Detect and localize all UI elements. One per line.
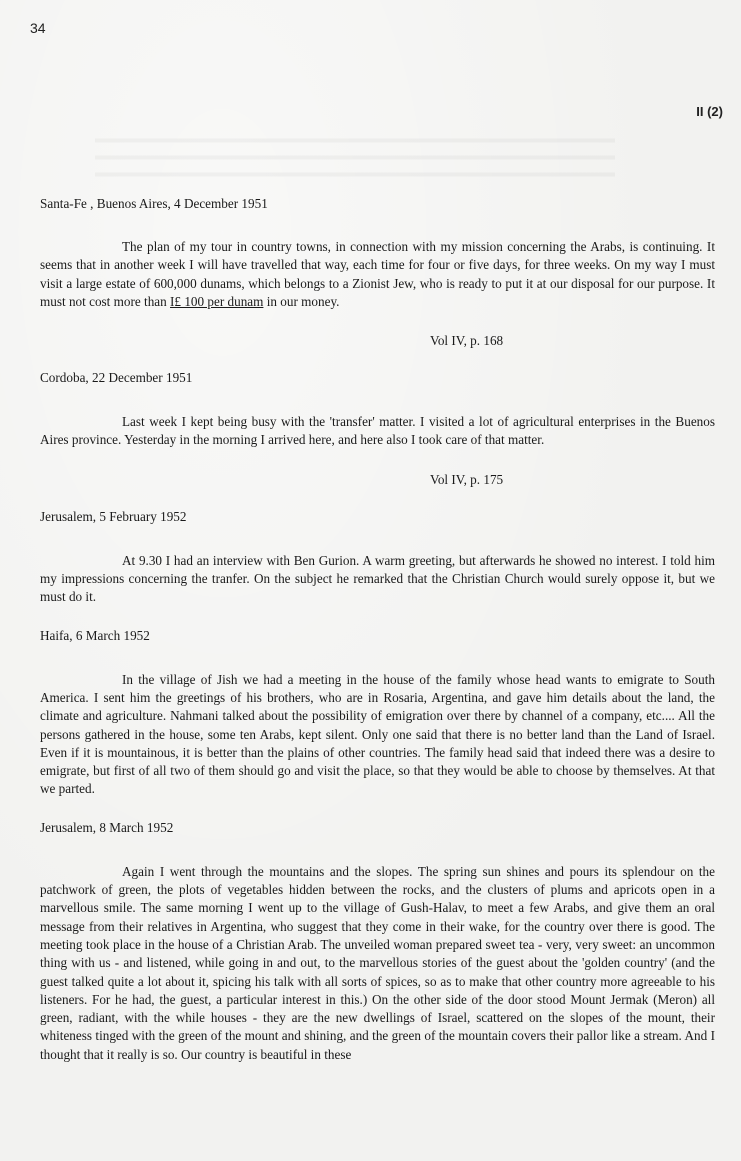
entry-date-line: Haifa, 6 March 1952	[40, 627, 715, 644]
entry-body: Last week I kept being busy with the 'tr…	[40, 413, 715, 450]
entry-date-line: Santa-Fe , Buenos Aires, 4 December 1951	[40, 195, 715, 212]
entry-body: Again I went through the mountains and t…	[40, 863, 715, 1064]
diary-entry: Santa-Fe , Buenos Aires, 4 December 1951…	[40, 195, 715, 349]
diary-entries: Santa-Fe , Buenos Aires, 4 December 1951…	[40, 195, 715, 1064]
diary-entry: Haifa, 6 March 1952 In the village of Ji…	[40, 627, 715, 799]
volume-reference: Vol IV, p. 175	[40, 472, 715, 488]
diary-entry: Jerusalem, 8 March 1952 Again I went thr…	[40, 819, 715, 1064]
entry-date-line: Jerusalem, 8 March 1952	[40, 819, 715, 836]
document-page: 34 II (2) Santa-Fe , Buenos Aires, 4 Dec…	[0, 0, 741, 1161]
bleed-through-texture	[95, 130, 615, 185]
diary-entry: Jerusalem, 5 February 1952 At 9.30 I had…	[40, 508, 715, 607]
entry-date-line: Jerusalem, 5 February 1952	[40, 508, 715, 525]
underlined-price: I£ 100 per dunam	[170, 294, 263, 309]
diary-entry: Cordoba, 22 December 1951 Last week I ke…	[40, 369, 715, 488]
page-number: 34	[30, 20, 46, 36]
entry-body: The plan of my tour in country towns, in…	[40, 238, 715, 311]
entry-body: In the village of Jish we had a meeting …	[40, 671, 715, 799]
section-reference: II (2)	[696, 104, 723, 119]
entry-body: At 9.30 I had an interview with Ben Guri…	[40, 552, 715, 607]
entry-body-text: The plan of my tour in country towns, in…	[40, 239, 715, 309]
entry-body-text: in our money.	[263, 294, 339, 309]
volume-reference: Vol IV, p. 168	[40, 333, 715, 349]
entry-date-line: Cordoba, 22 December 1951	[40, 369, 715, 386]
